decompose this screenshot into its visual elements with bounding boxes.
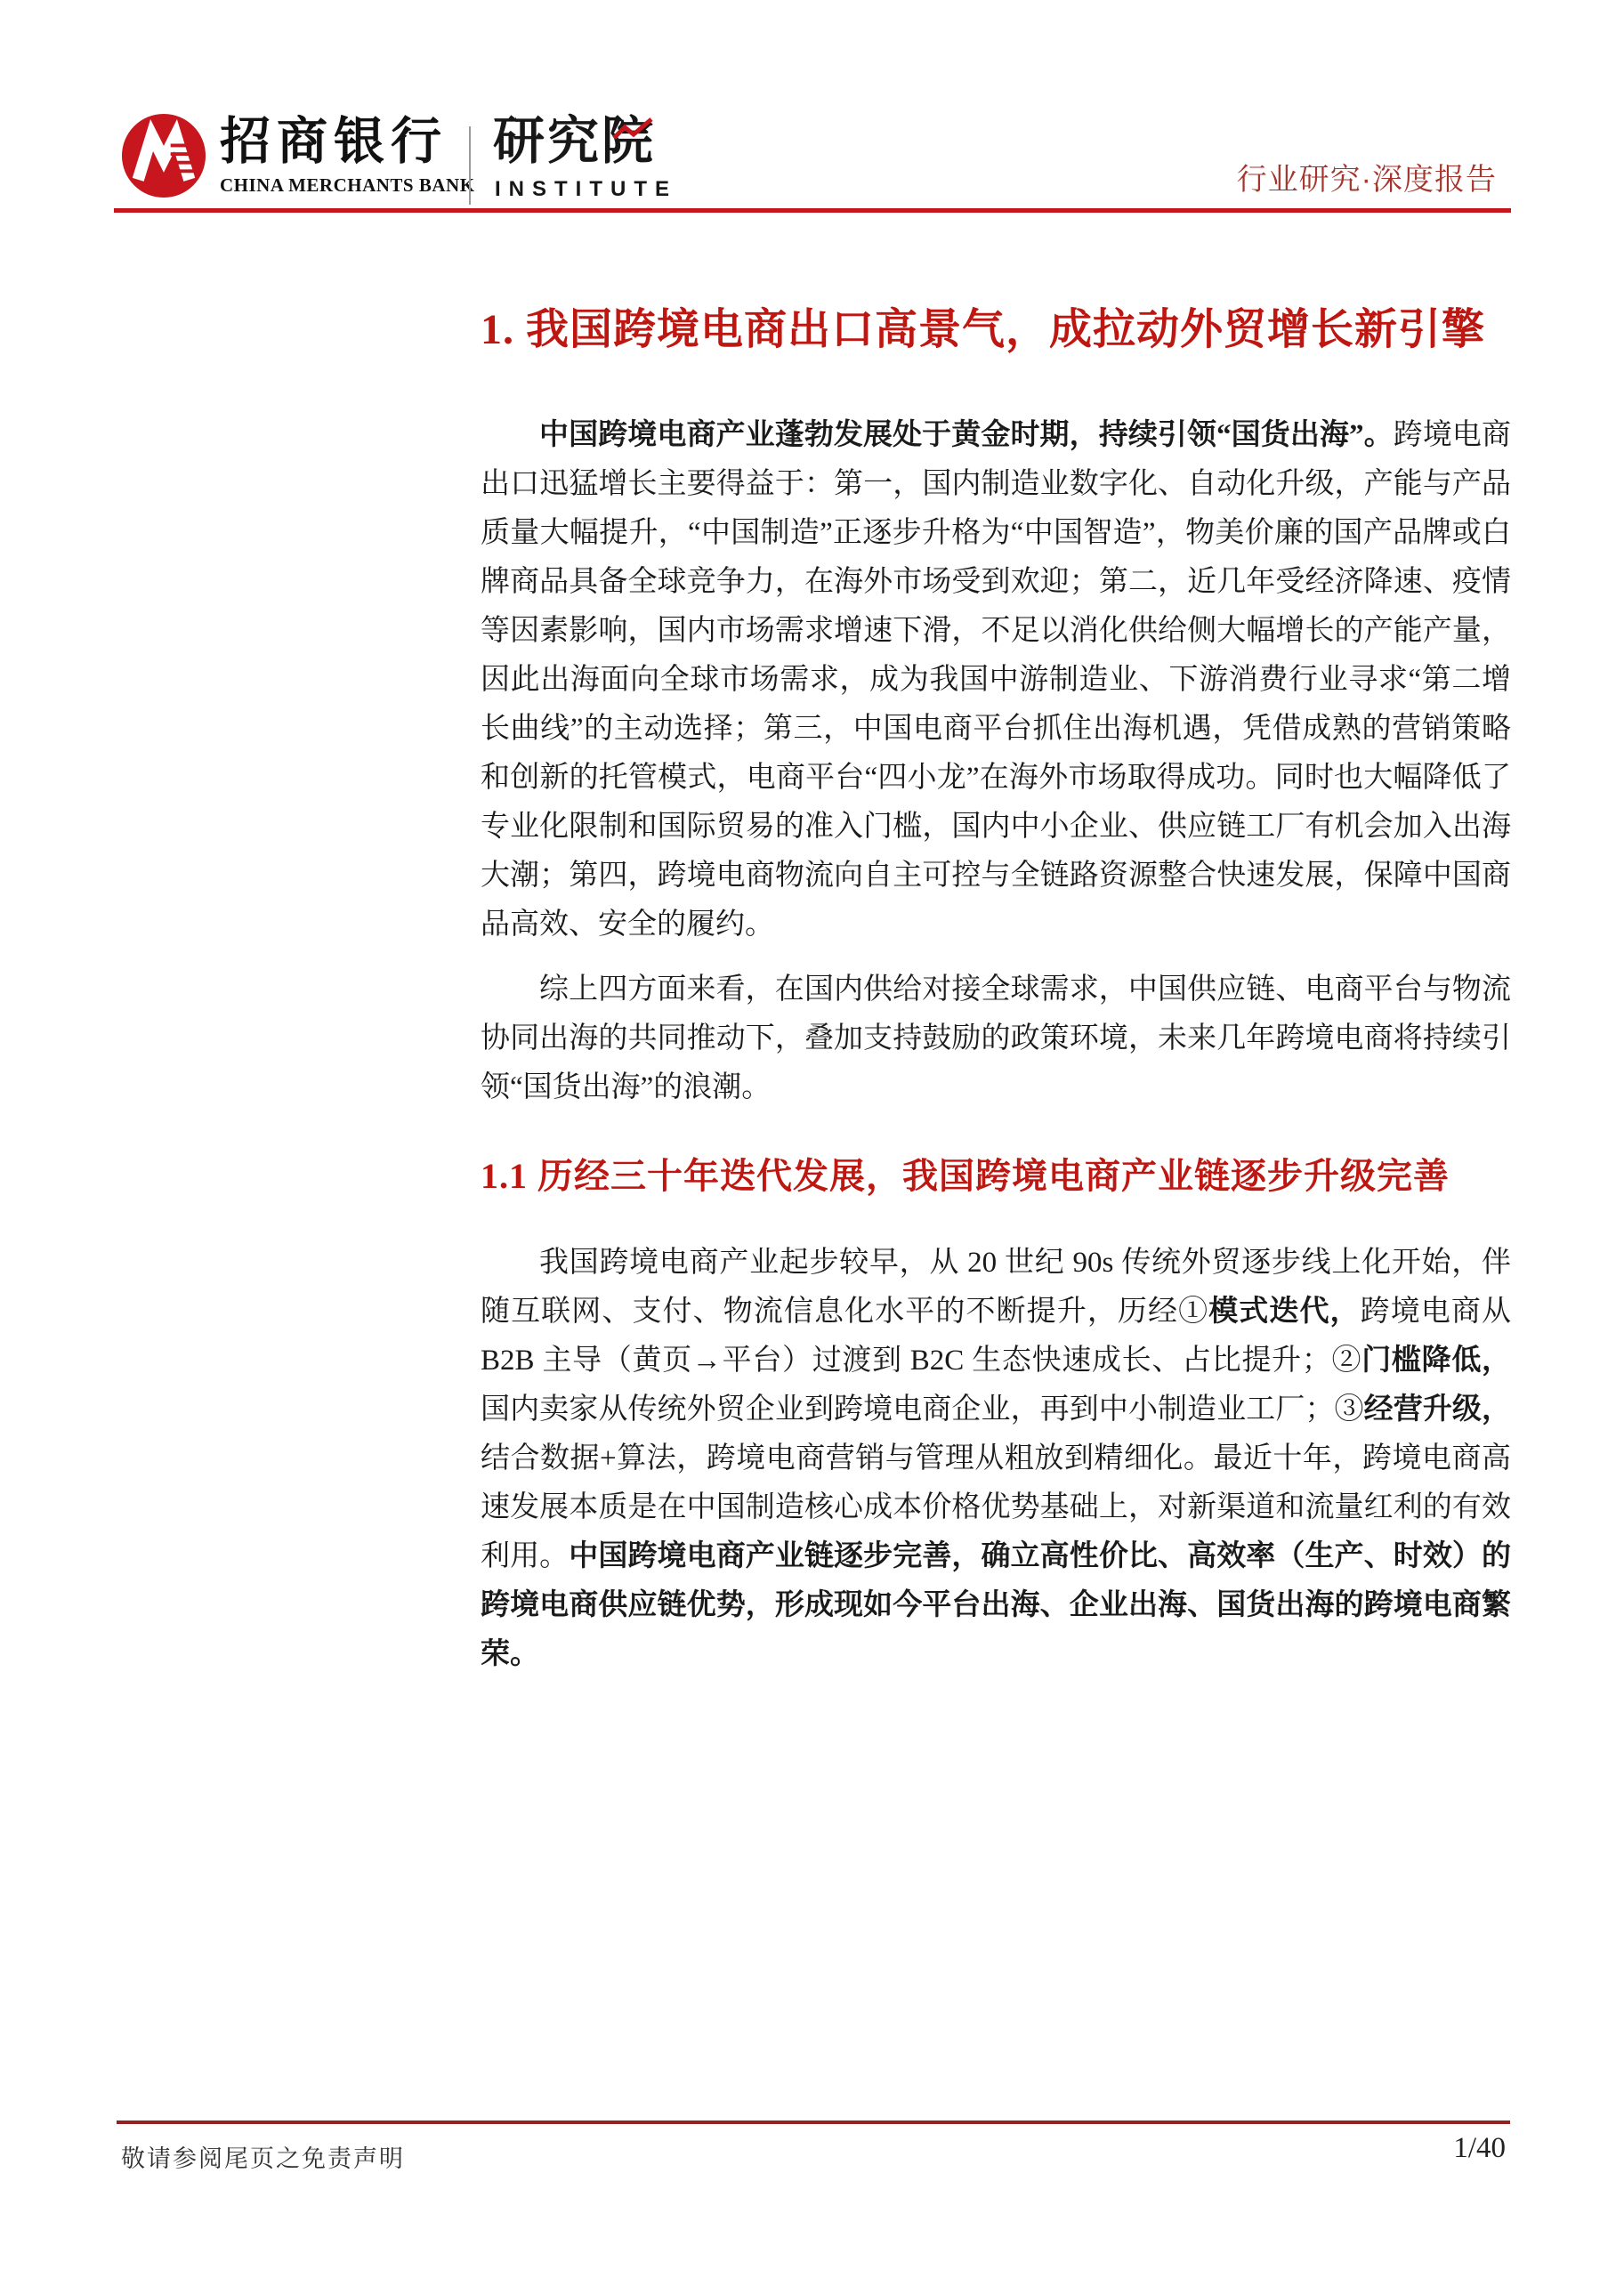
cmb-logo-icon — [121, 113, 206, 198]
section-1-1-paragraph-1: 我国跨境电商产业起步较早，从 20 世纪 90s 传统外贸逐步线上化开始，伴随互… — [481, 1239, 1511, 1679]
report-page: 招商银行 CHINA MERCHANTS BANK 研究院 INSTITUTE … — [0, 0, 1624, 2278]
section-1-heading: 1. 我国跨境电商出口高景气，成拉动外贸增长新引擎 — [481, 304, 1511, 356]
bank-name-cn: 招商银行 — [220, 114, 448, 171]
section-1-1-heading: 1.1 历经三十年迭代发展，我国跨境电商产业链逐步升级完善 — [481, 1153, 1511, 1200]
institute-name-en: INSTITUTE — [495, 177, 677, 202]
header-divider — [469, 126, 471, 205]
section-1-paragraph-2: 综上四方面来看，在国内供给对接全球需求，中国供应链、电商平台与物流协同出海的共同… — [481, 965, 1511, 1112]
header-rule — [114, 208, 1511, 213]
footer-rule — [117, 2120, 1510, 2124]
footer-disclaimer: 敬请参阅尾页之免责声明 — [121, 2139, 405, 2174]
report-body: 1. 我国跨境电商出口高景气，成拉动外贸增长新引擎 中国跨境电商产业蓬勃发展处于… — [481, 304, 1511, 1679]
section-1-paragraph-1: 中国跨境电商产业蓬勃发展处于黄金时期，持续引领“国货出海”。跨境电商出口迅猛增长… — [481, 411, 1511, 949]
trend-line-icon — [612, 117, 655, 143]
bank-name-en: CHINA MERCHANTS BANK — [220, 174, 475, 197]
page-number: 1/40 — [1453, 2132, 1506, 2165]
report-type-label: 行业研究·深度报告 — [1237, 155, 1497, 198]
